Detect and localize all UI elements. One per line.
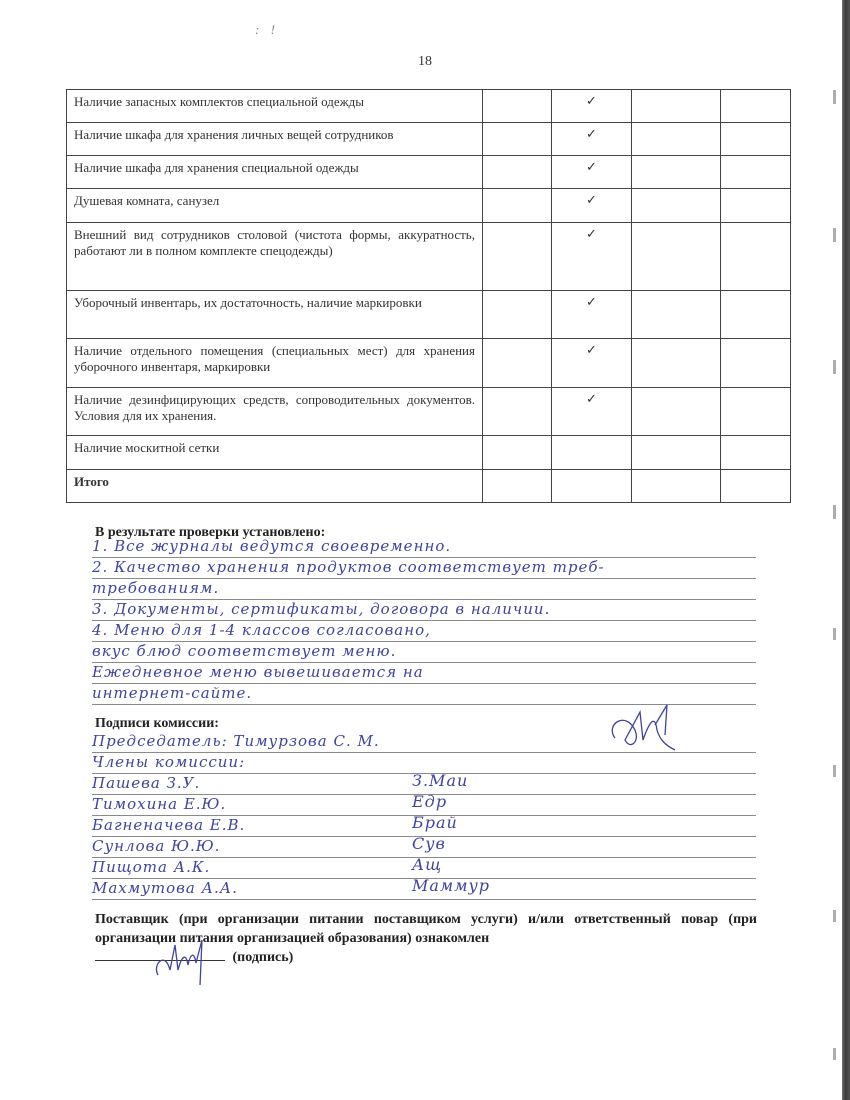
member-name: Сунлова Ю.Ю. — [92, 837, 412, 857]
inspection-checklist-table: Наличие запасных комплектов специальной … — [66, 89, 791, 503]
empty-cell — [632, 90, 721, 123]
empty-cell — [632, 189, 721, 223]
checklist-row: Наличие дезинфицирующих средств, сопрово… — [67, 388, 791, 436]
stray-pen-marks: : ! — [255, 22, 279, 38]
member-signature: З.Маи — [412, 772, 468, 790]
member-name: Пищота А.К. — [92, 858, 412, 878]
empty-cell — [632, 156, 721, 189]
cook-signature-icon — [150, 935, 210, 990]
checklist-row: Наличие шкафа для хранения личных вещей … — [67, 123, 791, 156]
scan-edge-shadow — [842, 0, 850, 1100]
check-mark-cell: ✓ — [552, 223, 632, 291]
empty-cell — [552, 436, 632, 470]
empty-cell — [483, 388, 552, 436]
member-signature: Едр — [412, 793, 447, 811]
criterion-cell: Наличие шкафа для хранения специальной о… — [67, 156, 483, 189]
findings-line: 4. Меню для 1-4 классов согласовано, — [92, 621, 756, 642]
member-name: Тимохина Е.Ю. — [92, 795, 412, 815]
member-signature: Сув — [412, 835, 446, 853]
scan-mark — [833, 628, 836, 640]
empty-cell — [721, 156, 791, 189]
checklist-row: Уборочный инвентарь, их достаточность, н… — [67, 291, 791, 339]
scan-mark — [833, 228, 836, 242]
empty-cell — [632, 291, 721, 339]
signature-caption: (подпись) — [233, 950, 294, 965]
member-name: Пашева З.У. — [92, 774, 412, 794]
checklist-row: Душевая комната, санузел✓ — [67, 189, 791, 223]
signature-line: Махмутова А.А.Маммур — [92, 879, 756, 900]
findings-line: вкус блюд соответствует меню. — [92, 642, 756, 663]
empty-cell — [632, 436, 721, 470]
check-mark-cell: ✓ — [552, 291, 632, 339]
scan-mark — [833, 1048, 836, 1060]
check-mark-cell: ✓ — [552, 156, 632, 189]
empty-cell — [721, 291, 791, 339]
criterion-cell: Уборочный инвентарь, их достаточность, н… — [67, 291, 483, 339]
empty-cell — [483, 223, 552, 291]
findings-line: 2. Качество хранения продуктов соответст… — [92, 558, 756, 579]
empty-cell — [483, 436, 552, 470]
empty-cell — [483, 339, 552, 388]
checklist-row: Наличие отдельного помещения (специальны… — [67, 339, 791, 388]
checklist-row: Наличие москитной сетки — [67, 436, 791, 470]
member-name: Председатель: Тимурзова С. М. — [92, 732, 412, 752]
empty-cell — [483, 291, 552, 339]
criterion-cell: Наличие дезинфицирующих средств, сопрово… — [67, 388, 483, 436]
member-signature: Брай — [412, 814, 458, 832]
empty-cell — [721, 123, 791, 156]
empty-cell — [483, 156, 552, 189]
check-mark-cell: ✓ — [552, 90, 632, 123]
member-name: Члены комиссии: — [92, 753, 412, 773]
empty-cell — [632, 223, 721, 291]
empty-cell — [552, 470, 632, 503]
empty-cell — [721, 223, 791, 291]
empty-cell — [721, 339, 791, 388]
empty-cell — [483, 189, 552, 223]
criterion-cell: Наличие москитной сетки — [67, 436, 483, 470]
findings-line: 1. Все журналы ведутся своевременно. — [92, 537, 756, 558]
criterion-cell: Внешний вид сотрудников столовой (чистот… — [67, 223, 483, 291]
empty-cell — [721, 470, 791, 503]
criterion-cell: Наличие запасных комплектов специальной … — [67, 90, 483, 123]
empty-cell — [483, 470, 552, 503]
check-mark-cell: ✓ — [552, 123, 632, 156]
findings-line: Ежедневное меню вывешивается на — [92, 663, 756, 684]
checklist-row: Наличие шкафа для хранения специальной о… — [67, 156, 791, 189]
signatures-title: Подписи комиссии: — [95, 716, 219, 732]
scan-mark — [833, 910, 836, 922]
empty-cell — [632, 470, 721, 503]
member-signature: Ащ — [412, 856, 442, 874]
criterion-cell: Итого — [67, 470, 483, 503]
empty-cell — [632, 388, 721, 436]
empty-cell — [483, 90, 552, 123]
member-name: Багненачева Е.В. — [92, 816, 412, 836]
empty-cell — [721, 436, 791, 470]
criterion-cell: Душевая комната, санузел — [67, 189, 483, 223]
scan-mark — [833, 90, 836, 104]
empty-cell — [632, 123, 721, 156]
criterion-cell: Наличие отдельного помещения (специальны… — [67, 339, 483, 388]
checklist-row: Наличие запасных комплектов специальной … — [67, 90, 791, 123]
findings-line: 3. Документы, сертификаты, договора в на… — [92, 600, 756, 621]
member-signature: Маммур — [412, 877, 490, 895]
empty-cell — [721, 90, 791, 123]
findings-lines: 1. Все журналы ведутся своевременно.2. К… — [92, 537, 756, 705]
empty-cell — [721, 189, 791, 223]
scan-mark — [833, 765, 836, 777]
chairman-signature-icon — [605, 700, 685, 755]
check-mark-cell: ✓ — [552, 189, 632, 223]
checklist-row: Внешний вид сотрудников столовой (чистот… — [67, 223, 791, 291]
check-mark-cell: ✓ — [552, 388, 632, 436]
check-mark-cell: ✓ — [552, 339, 632, 388]
empty-cell — [483, 123, 552, 156]
checklist-row: Итого — [67, 470, 791, 503]
scan-mark — [833, 360, 836, 374]
commission-signatures: Председатель: Тимурзова С. М.Члены комис… — [92, 732, 756, 900]
criterion-cell: Наличие шкафа для хранения личных вещей … — [67, 123, 483, 156]
scan-mark — [833, 505, 836, 519]
empty-cell — [632, 339, 721, 388]
findings-line: требованиям. — [92, 579, 756, 600]
page-number: 18 — [0, 54, 850, 70]
empty-cell — [721, 388, 791, 436]
member-name: Махмутова А.А. — [92, 879, 412, 899]
